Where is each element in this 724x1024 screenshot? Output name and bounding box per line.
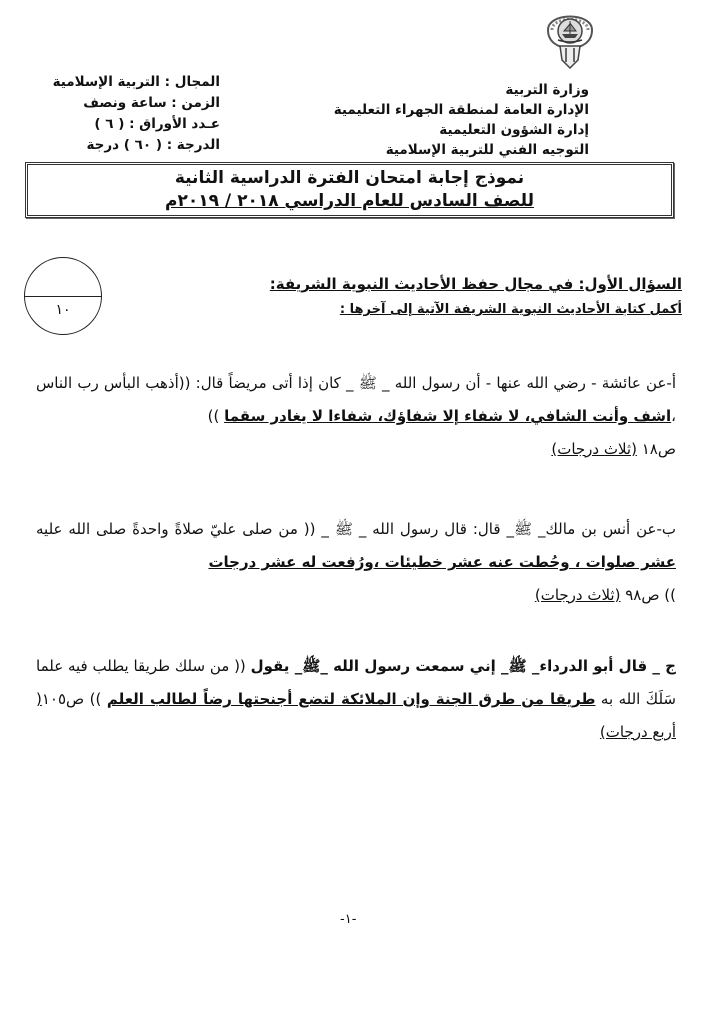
hadith-item-b: ب-عن أنس بن مالك_ ﷺ_ قال: قال رسول الله … (36, 513, 676, 612)
question-instruction: أكمل كتابة الأحاديث النبوية الشريفة الآت… (340, 302, 682, 317)
hadith-close: )) (90, 690, 107, 708)
hadith-text: (( من صلى عليّ صلاةً واحدةً صلى الله علي… (36, 520, 321, 538)
hadith-close: )) (208, 407, 224, 425)
ministry-line: التوجيه الفني للتربية الإسلامية (259, 140, 589, 160)
hadith-item-c: ج _ قال أبو الدرداء_ ﷺ_ إني سمعت رسول ال… (36, 650, 676, 749)
exam-pages: عـدد الأوراق : ( ٦ ) (40, 114, 220, 135)
score-circle: ١٠ (24, 257, 102, 335)
exam-time: الزمن : ساعة ونصف (40, 93, 220, 114)
question-title: السؤال الأول: في مجال حفظ الأحاديث النبو… (270, 275, 682, 293)
exam-info: المجال : التربية الإسلامية الزمن : ساعة … (40, 72, 220, 156)
hadith-item-a: أ-عن عائشة - رضي الله عنها - أن رسول الل… (36, 367, 676, 466)
score-value: ١٠ (25, 302, 101, 318)
page-reference: ص٩٨ (625, 586, 659, 604)
page-reference: ص١٠٥ (42, 690, 84, 708)
title-box: نموذج إجابة امتحان الفترة الدراسية الثان… (25, 162, 674, 218)
hadith-close: )) (664, 586, 676, 604)
page-title: نموذج إجابة امتحان الفترة الدراسية الثان… (28, 166, 671, 190)
score-divider (25, 296, 101, 297)
ministry-line: وزارة التربية (259, 80, 589, 100)
exam-total-score: الدرجة : ( ٦٠ ) درجة (40, 135, 220, 156)
hadith-answer: اشف وأنت الشافي، لا شفاء إلا شفاؤك، شفاء… (224, 407, 671, 425)
ministry-line: الإدارة العامة لمنطقة الجهراء التعليمية (259, 100, 589, 120)
page-number: -١- (340, 912, 356, 927)
hadith-intro: ب-عن أنس بن مالك_ ﷺ_ قال: قال رسول الله … (321, 520, 676, 538)
hadith-intro: أ-عن عائشة - رضي الله عنها - أن رسول الل… (196, 374, 676, 392)
exam-subject: المجال : التربية الإسلامية (40, 72, 220, 93)
marks-label: (ثلاث درجات) (551, 440, 637, 458)
ministry-line: إدارة الشؤون التعليمية (259, 120, 589, 140)
page-reference: ص١٨ (642, 440, 676, 458)
page-subtitle: للصف السادس للعام الدراسي ٢٠١٨ / ٢٠١٩م (28, 190, 671, 212)
hadith-intro: ج _ قال أبو الدرداء_ ﷺ_ إني سمعت رسول ال… (251, 657, 676, 675)
hadith-answer: عشر صلوات ، وحُطت عنه عشر خطيئات ،ورُفعت… (208, 553, 676, 571)
ministry-header: وزارة التربية الإدارة العامة لمنطقة الجه… (259, 80, 589, 160)
kuwait-emblem-icon (540, 4, 600, 70)
marks-label: (ثلاث درجات) (535, 586, 621, 604)
hadith-answer: طريقا من طرق الجنة وإن الملائكة لتضع أجن… (107, 690, 596, 708)
